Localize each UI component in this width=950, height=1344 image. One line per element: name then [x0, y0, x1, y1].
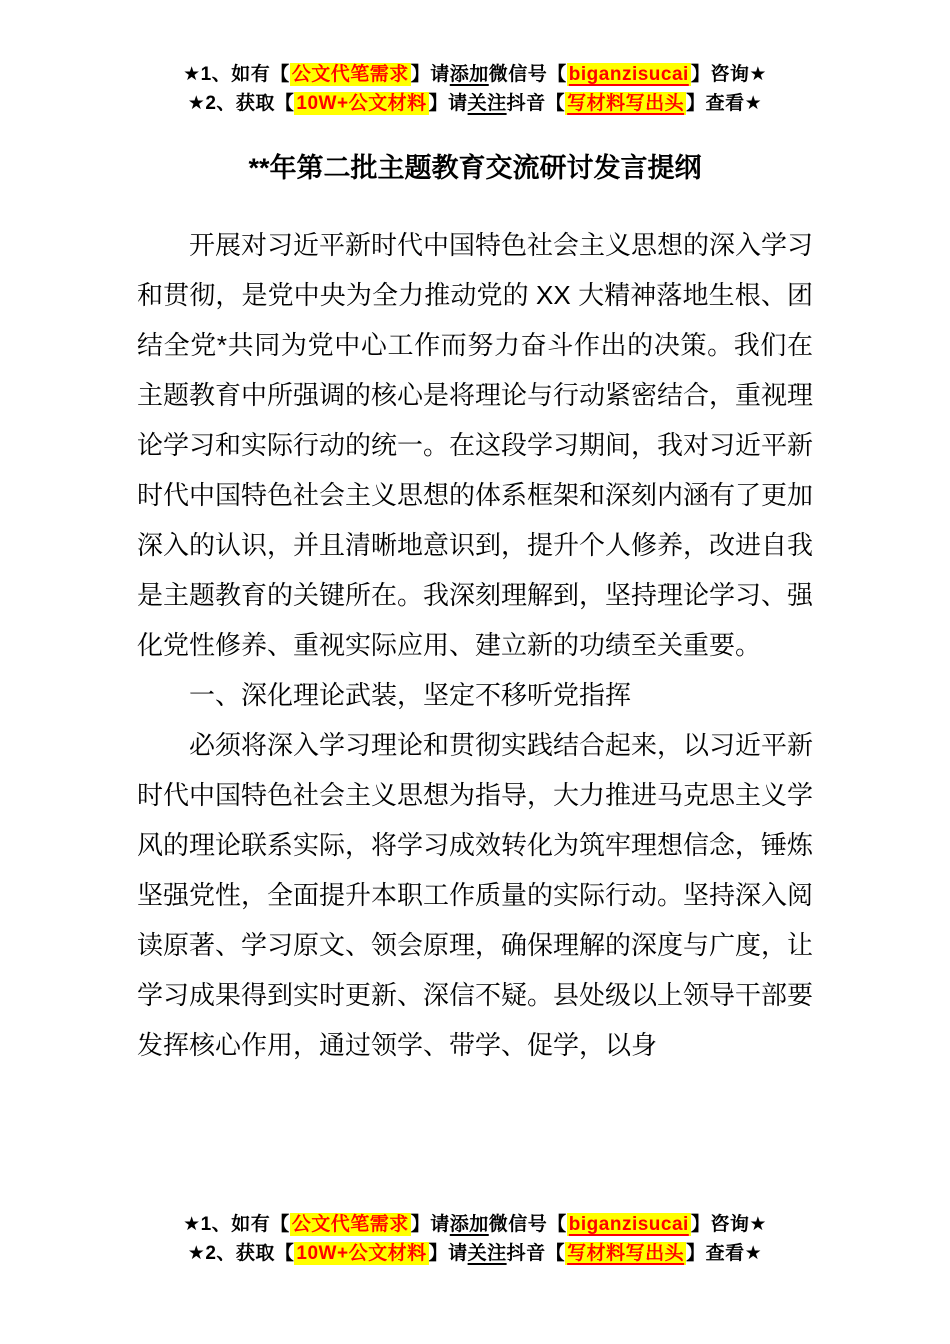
wechat-id-text: biganzisucai	[567, 1213, 691, 1236]
underlined-follow-text: 关注	[468, 1243, 507, 1264]
promo-text: ★2、获取【	[188, 1243, 295, 1264]
promo-text: 微信号【	[489, 1214, 567, 1235]
header-promo-line-1: ★1、如有【公文代笔需求】请添加微信号【biganzisucai】咨询★	[0, 60, 950, 89]
promo-text: 】咨询★	[691, 1214, 767, 1235]
promo-text: 】查看★	[686, 1243, 762, 1264]
highlight-materials-text: 10W+公文材料	[294, 1242, 428, 1265]
promo-text: 】查看★	[686, 93, 762, 114]
promo-text: ★1、如有【	[183, 64, 290, 85]
document-body: 开展对习近平新时代中国特色社会主义思想的深入学习和贯彻，是党中央为全力推动党的 …	[137, 220, 813, 1070]
promo-text: 】请	[429, 1243, 468, 1264]
promo-text: 抖音【	[507, 93, 566, 114]
wechat-id-text: biganzisucai	[567, 63, 691, 86]
douyin-account-text: 写材料写出头	[565, 92, 686, 115]
promo-text: 抖音【	[507, 1243, 566, 1264]
promo-text: 】咨询★	[691, 64, 767, 85]
document-page: ★1、如有【公文代笔需求】请添加微信号【biganzisucai】咨询★ ★2、…	[0, 0, 950, 1344]
footer-promo-line-2: ★2、获取【10W+公文材料】请关注抖音【写材料写出头】查看★	[0, 1239, 950, 1268]
body-paragraph: 必须将深入学习理论和贯彻实践结合起来，以习近平新时代中国特色社会主义思想为指导，…	[137, 720, 813, 1070]
promo-text: 】请	[411, 1214, 450, 1235]
footer-promo-line-1: ★1、如有【公文代笔需求】请添加微信号【biganzisucai】咨询★	[0, 1210, 950, 1239]
douyin-account-text: 写材料写出头	[565, 1242, 686, 1265]
section-heading: 一、深化理论武装，坚定不移听党指挥	[137, 670, 813, 720]
underlined-add-text: 添加	[450, 1214, 489, 1235]
underlined-add-text: 添加	[450, 64, 489, 85]
document-title: **年第二批主题教育交流研讨发言提纲	[0, 148, 950, 188]
header-promo: ★1、如有【公文代笔需求】请添加微信号【biganzisucai】咨询★ ★2、…	[0, 60, 950, 118]
underlined-follow-text: 关注	[468, 93, 507, 114]
promo-text: 】请	[429, 93, 468, 114]
body-paragraph: 开展对习近平新时代中国特色社会主义思想的深入学习和贯彻，是党中央为全力推动党的 …	[137, 220, 813, 670]
highlight-materials-text: 10W+公文材料	[294, 92, 428, 115]
highlight-service-text: 公文代笔需求	[290, 63, 411, 86]
header-promo-line-2: ★2、获取【10W+公文材料】请关注抖音【写材料写出头】查看★	[0, 89, 950, 118]
promo-text: 微信号【	[489, 64, 567, 85]
promo-text: ★1、如有【	[183, 1214, 290, 1235]
promo-text: ★2、获取【	[188, 93, 295, 114]
promo-text: 】请	[411, 64, 450, 85]
footer-promo: ★1、如有【公文代笔需求】请添加微信号【biganzisucai】咨询★ ★2、…	[0, 1210, 950, 1268]
highlight-service-text: 公文代笔需求	[290, 1213, 411, 1236]
